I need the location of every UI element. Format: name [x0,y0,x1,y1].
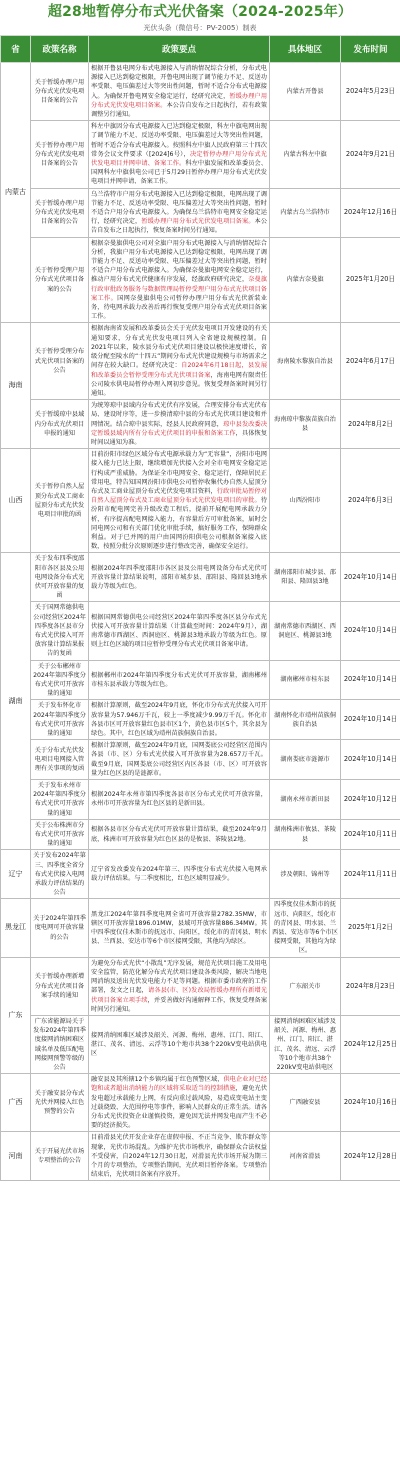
region-cell: 湖南郴州市桂东县 [270,660,341,700]
table-row: 广东关于暂缓办理新增分布式光伏项目备案手续的通知为避免分布式光伏“小散乱”无序发… [1,957,400,1015]
table-row: 内蒙古关于暂缓办理户用分布式光伏发电项目备案的公告根据开鲁县电网分布式电源接入与… [1,63,400,121]
policy-points-cell: 辽宁省发改委发布2024年第三、四季度分布式光伏接入电网承载力评估结果。与二季度… [89,850,270,899]
policy-name-cell: 关于暂停受理分布式光伏项目备案的公告 [31,323,89,400]
province-cell: 湖南 [1,553,31,850]
table-header-row: 省 政策名称 政策要点 具体地区 发布时间 [1,36,400,63]
region-cell: 湖南常德市西湖区、西洞庭区、桃源县3地 [270,602,341,660]
date-cell: 2024年12月16日 [341,188,400,237]
table-row: 关于发布怀化市2024年第四季度分布式光伏可开放容量的通知根据计算原则，截至20… [1,700,400,740]
policy-name-cell: 关于2024年第四季度电网可开放容量的公告 [31,899,89,957]
region-cell: 接网消纳困难区域涉及韶关、河源、梅州、惠州、江门、阳江、湛江、茂名、清远、云浮等… [270,1015,341,1073]
region-cell: 河南省滑县 [270,1132,341,1181]
region-cell: 山西汾阳市 [270,449,341,553]
policy-name-cell: 关于暂缓琼中县域内分布式光伏项目申报的通知 [31,400,89,449]
region-cell: 涉及朝阳、锦州等 [270,850,341,899]
province-cell: 辽宁 [1,850,31,899]
region-cell: 海南陵水黎族自治县 [270,323,341,400]
region-cell: 广西融安县 [270,1074,341,1132]
region-cell: 内蒙古科左中旗 [270,121,341,188]
policy-points-cell: 融安县及其所辖12个乡镇均属于红色预警区域，供电企业对已经饱和或者超出消纳能力的… [89,1074,270,1132]
policy-name-cell: 关于发布2024年第三、四季度全省分布式光伏接入电网承载力评估结果的公告 [31,850,89,899]
policy-text: 辽宁省发改委发布2024年第三、四季度分布式光伏接入电网承载力评估结果。与二季度… [91,866,267,882]
province-cell: 河南 [1,1132,31,1181]
policy-text: 融安县及其所辖12个乡镇均属于红色预警区域， [91,1076,223,1083]
date-cell: 2024年10月14日 [341,700,400,740]
policy-name-cell: 关于暂停办理户用分布式光伏发电项目备案的公告 [31,121,89,188]
policy-points-cell: 根据海南省发展和改革委员会关于光伏发电项目开发建设的有关通知要求，分布式光伏发电… [89,323,270,400]
policy-points-cell: 根据郴州市2024年第四季度分布式光伏可开放容量，湖南郴州市桂东县承载力等级为红… [89,660,270,700]
date-cell: 2024年12月28日 [341,1132,400,1181]
policy-text: 根据郴州市2024年第四季度分布式光伏可开放容量，湖南郴州市桂东县承载力等级为红… [91,672,267,688]
policy-name-cell: 关于暂缓办理户用分布式光伏发电项目备案的公告 [31,63,89,121]
policy-points-cell: 乌兰浩特市户用分布式电源接入已达到稳定极限，电网出现了调节能力不足、反送功率受限… [89,188,270,237]
date-cell: 2024年11月11日 [341,850,400,899]
policy-name-cell: 关于暂缓办理新增分布式光伏项目备案手续的通知 [31,957,89,1015]
policy-name-cell: 关于公布株洲市分布式光伏可开放容量的通知 [31,819,89,850]
province-cell: 内蒙古 [1,63,31,323]
table-row: 黑龙江关于2024年第四季度电网可开放容量的公告黑龙江2024年第四季度电网全省… [1,899,400,957]
table-row: 关于暂停办理户用分布式光伏发电项目备案的公告科左中旗因分布式电源接入已达到稳定极… [1,121,400,188]
policy-name-cell: 关于公布郴州市2024年第四季度分布式光伏可开放容量的通知 [31,660,89,700]
date-cell: 2024年6月3日 [341,449,400,553]
date-cell: 2024年10月11日 [341,819,400,850]
table-row: 关于暂缓琼中县域内分布式光伏项目申报的通知为统筹琼中县域内分布式光伏有序发展，合… [1,400,400,449]
policy-points-cell: 根据计算原则，截至2024年9月底，国网娄底公司经营区范围内各县（市、区）分布式… [89,740,270,780]
policy-text: 根据奈曼旗供电公司对全旗户用分布式电源接入与消纳情况综合分析，我旗户用分布式电源… [91,240,267,284]
policy-name-cell: 关于融安县分布式光伏并网接入红色预警的公告 [31,1074,89,1132]
policy-points-cell: 根据2024年四季度邵阳市各区县及公用电网设备分布式光伏可开放容量计算结果说明，… [89,553,270,602]
date-cell: 2024年10月14日 [341,660,400,700]
policy-points-cell: 根据2024年永州市第四季度各县市区分布式光伏可开放容量，永州市可开放容量为红色… [89,780,270,820]
column-header-policy-points: 政策要点 [89,36,270,63]
policy-points-cell: 根据国网常德供电公司经营区2024年第四季度各区县分布式光伏接入可开放容量计算结… [89,602,270,660]
table-row: 关于暂缓办理户用分布式光伏发电项目备案的公告乌兰浩特市户用分布式电源接入已达到稳… [1,188,400,237]
policy-points-cell: 目前滑县光伏开发企业存在虚假申报、不正当竞争、欺诈群众等现象，光伏市场混乱。为维… [89,1132,270,1181]
policy-name-cell: 关于暂停受理户用分布式光伏项目备案的公告 [31,237,89,323]
table-row: 关于分布式光伏发电项目电网接入管理有关事项的复函根据计算原则，截至2024年9月… [1,740,400,780]
table-row: 关于公布郴州市2024年第四季度分布式光伏可开放容量的通知根据郴州市2024年第… [1,660,400,700]
policy-name-cell: 广东省能源局关于发布2024年第四季度接网消纳困难区域名单及低压配电网接网预警等… [31,1015,89,1073]
date-cell: 2024年6月17日 [341,323,400,400]
policy-text: 根据国网常德供电公司经营区2024年第四季度各区县分布式光伏接入可开放容量计算结… [91,614,267,649]
date-cell: 2024年10月14日 [341,740,400,780]
date-cell: 2024年9月21日 [341,121,400,188]
region-cell: 内蒙古开鲁县 [270,63,341,121]
policy-name-cell: 关于暂缓办理户用分布式光伏发电项目备案的公告 [31,188,89,237]
province-cell: 广西 [1,1074,31,1132]
column-header-province: 省 [1,36,31,63]
province-cell: 山西 [1,449,31,553]
policy-name-cell: 关于开展光伏市场专项整治的公告 [31,1132,89,1181]
policy-points-cell: 目前汾阳市绿色区域分布式电源承载力为“无容量”，汾阳市电网接入能力已达上限，继续… [89,449,270,553]
policy-text: 目前滑县光伏开发企业存在虚假申报、不正当竞争、欺诈群众等现象，光伏市场混乱。为维… [91,1134,267,1178]
policy-name-cell: 关于发布怀化市2024年第四季度分布式光伏可开放容量的通知 [31,700,89,740]
region-cell: 内蒙古乌兰浩特市 [270,188,341,237]
table-row: 关于暂停受理户用分布式光伏项目备案的公告根据奈曼旗供电公司对全旗户用分布式电源接… [1,237,400,323]
table-body: 内蒙古关于暂缓办理户用分布式光伏发电项目备案的公告根据开鲁县电网分布式电源接入与… [1,63,400,1181]
table-row: 广东省能源局关于发布2024年第四季度接网消纳困难区域名单及低压配电网接网预警等… [1,1015,400,1073]
region-cell: 湖南怀化市靖州苗族侗族自治县 [270,700,341,740]
table-row: 关于发布永州市2024年第四季度分布式光伏可开放容量的通知根据2024年永州市第… [1,780,400,820]
policy-text: 根据2024年永州市第四季度各县市区分布式光伏可开放容量，永州市可开放容量为红色… [91,791,267,807]
highlighted-text: 暂缓办理户用分布式光伏发电项目备案。 [141,218,254,225]
table-row: 河南关于开展光伏市场专项整治的公告目前滑县光伏开发企业存在虚假申报、不正当竞争、… [1,1132,400,1181]
province-cell: 广东 [1,957,31,1073]
date-cell: 2024年10月12日 [341,780,400,820]
date-cell: 2025年1月20日 [341,237,400,323]
policy-text: 根据各县市区分布式光伏可开放容量计算结果，截至2024年9月底，株洲市可开放容量… [91,826,267,842]
table-row: 山西关于暂停自然人屋顶分布式及工商业屋顶分布式光伏发电项目审批的函目前汾阳市绿色… [1,449,400,553]
policy-name-cell: 关于国网常德供电公司经营区2024年四季度各区县市分布式光伏接入可开放容量计算结… [31,602,89,660]
policy-points-cell: 为统筹琼中县域内分布式光伏有序发展，合理安排分布式光伏布局、建设时序等，进一步摸… [89,400,270,449]
date-cell: 2024年8月2日 [341,400,400,449]
province-cell: 黑龙江 [1,899,31,957]
region-cell: 广东韶关市 [270,957,341,1015]
policy-text: 接网消纳困难区域涉及韶关、河源、梅州、惠州、江门、阳江、湛江、茂名、清远、云浮等… [91,1032,267,1057]
policy-points-cell: 接网消纳困难区域涉及韶关、河源、梅州、惠州、江门、阳江、湛江、茂名、清远、云浮等… [89,1015,270,1073]
region-cell: 湖南株洲市攸县、茶陵县 [270,819,341,850]
policy-points-cell: 根据计算原则，截至2024年9月底，怀化市分布式光伏接入可开放容量为57.946… [89,700,270,740]
date-cell: 2024年12月25日 [341,1015,400,1073]
policy-points-cell: 科左中旗因分布式电源接入已达到稳定极限，科左中旗电网出现了调节能力不足、反送功率… [89,121,270,188]
policy-name-cell: 关于发布永州市2024年第四季度分布式光伏可开放容量的通知 [31,780,89,820]
region-cell: 湖南娄底市涟源市 [270,740,341,780]
policy-text: 根据2024年四季度邵阳市各区县及公用电网设备分布式光伏可开放容量计算结果说明，… [91,565,267,590]
table-row: 广西关于融安县分布式光伏并网接入红色预警的公告融安县及其所辖12个乡镇均属于红色… [1,1074,400,1132]
policy-name-cell: 关于暂停自然人屋顶分布式及工商业屋顶分布式光伏发电项目审批的函 [31,449,89,553]
table-row: 海南关于暂停受理分布式光伏项目备案的公告根据海南省发展和改革委员会关于光伏发电项… [1,323,400,400]
date-cell: 2024年8月23日 [341,957,400,1015]
policy-points-cell: 根据各县市区分布式光伏可开放容量计算结果，截至2024年9月底，株洲市可开放容量… [89,819,270,850]
column-header-policy-name: 政策名称 [31,36,89,63]
policy-text: 国网奈曼旗供电公司暂停办理户用分布式光伏新装业务，待电网承载力改善后再行恢复受理… [91,295,267,320]
policy-table: 省 政策名称 政策要点 具体地区 发布时间 内蒙古关于暂缓办理户用分布式光伏发电… [0,35,400,1181]
table-row: 关于国网常德供电公司经营区2024年四季度各区县市分布式光伏接入可开放容量计算结… [1,602,400,660]
date-cell: 2024年10月14日 [341,553,400,602]
table-row: 关于公布株洲市分布式光伏可开放容量的通知根据各县市区分布式光伏可开放容量计算结果… [1,819,400,850]
province-cell: 海南 [1,323,31,449]
page-subtitle: 光伏头条（微信号：PV-2005）制表 [0,22,400,34]
policy-text: 根据计算原则，截至2024年9月底，国网娄底公司经营区范围内各县（市、区）分布式… [91,742,267,777]
date-cell: 2024年5月23日 [341,63,400,121]
policy-points-cell: 为避免分布式光伏“小散乱”无序发展，规范光伏项目施工及用电安全监管，防范化解分布… [89,957,270,1015]
policy-text: 黑龙江2024年第四季度电网全省可开放容量2782.35MW，市辖区可开放容量1… [91,911,267,946]
date-cell: 2025年1月2日 [341,899,400,957]
page-title: 超28地暂停分布式光伏备案（2024-2025年） [0,0,400,22]
column-header-region: 具体地区 [270,36,341,63]
region-cell: 内蒙古奈曼旗 [270,237,341,323]
region-cell: 湖南永州市新田县 [270,780,341,820]
column-header-date: 发布时间 [341,36,400,63]
date-cell: 2024年10月14日 [341,602,400,660]
policy-points-cell: 黑龙江2024年第四季度电网全省可开放容量2782.35MW，市辖区可开放容量1… [89,899,270,957]
date-cell: 2024年10月16日 [341,1074,400,1132]
policy-text: 根据计算原则，截至2024年9月底，怀化市分布式光伏接入可开放容量为57.946… [91,702,267,737]
table-row: 辽宁关于发布2024年第三、四季度全省分布式光伏接入电网承载力评估结果的公告辽宁… [1,850,400,899]
policy-text: 待汾阳市配电网完善升级改造工程后，提前开展配电网承载力分析，有序提高配电网接入能… [91,497,267,550]
table-row: 湖南关于发布四季度邵阳市各区县及公用电网设备分布式光伏可开放容量的复函根据202… [1,553,400,602]
region-cell: 海南琼中黎族苗族自治县 [270,400,341,449]
policy-points-cell: 根据开鲁县电网分布式电源接入与消纳情况综合分析，分布式电源接入已达到稳定极限，开… [89,63,270,121]
policy-name-cell: 关于发布四季度邵阳市各区县及公用电网设备分布式光伏可开放容量的复函 [31,553,89,602]
region-cell: 四季度仅佳木斯市的抚远市、向阳区，绥化市的青冈县、明水县、兰西县、安达市等6个市… [270,899,341,957]
policy-name-cell: 关于分布式光伏发电项目电网接入管理有关事项的复函 [31,740,89,780]
policy-points-cell: 根据奈曼旗供电公司对全旗户用分布式电源接入与消纳情况综合分析，我旗户用分布式电源… [89,237,270,323]
region-cell: 湖南邵阳市城步县、邵阳县、隆回县3地 [270,553,341,602]
